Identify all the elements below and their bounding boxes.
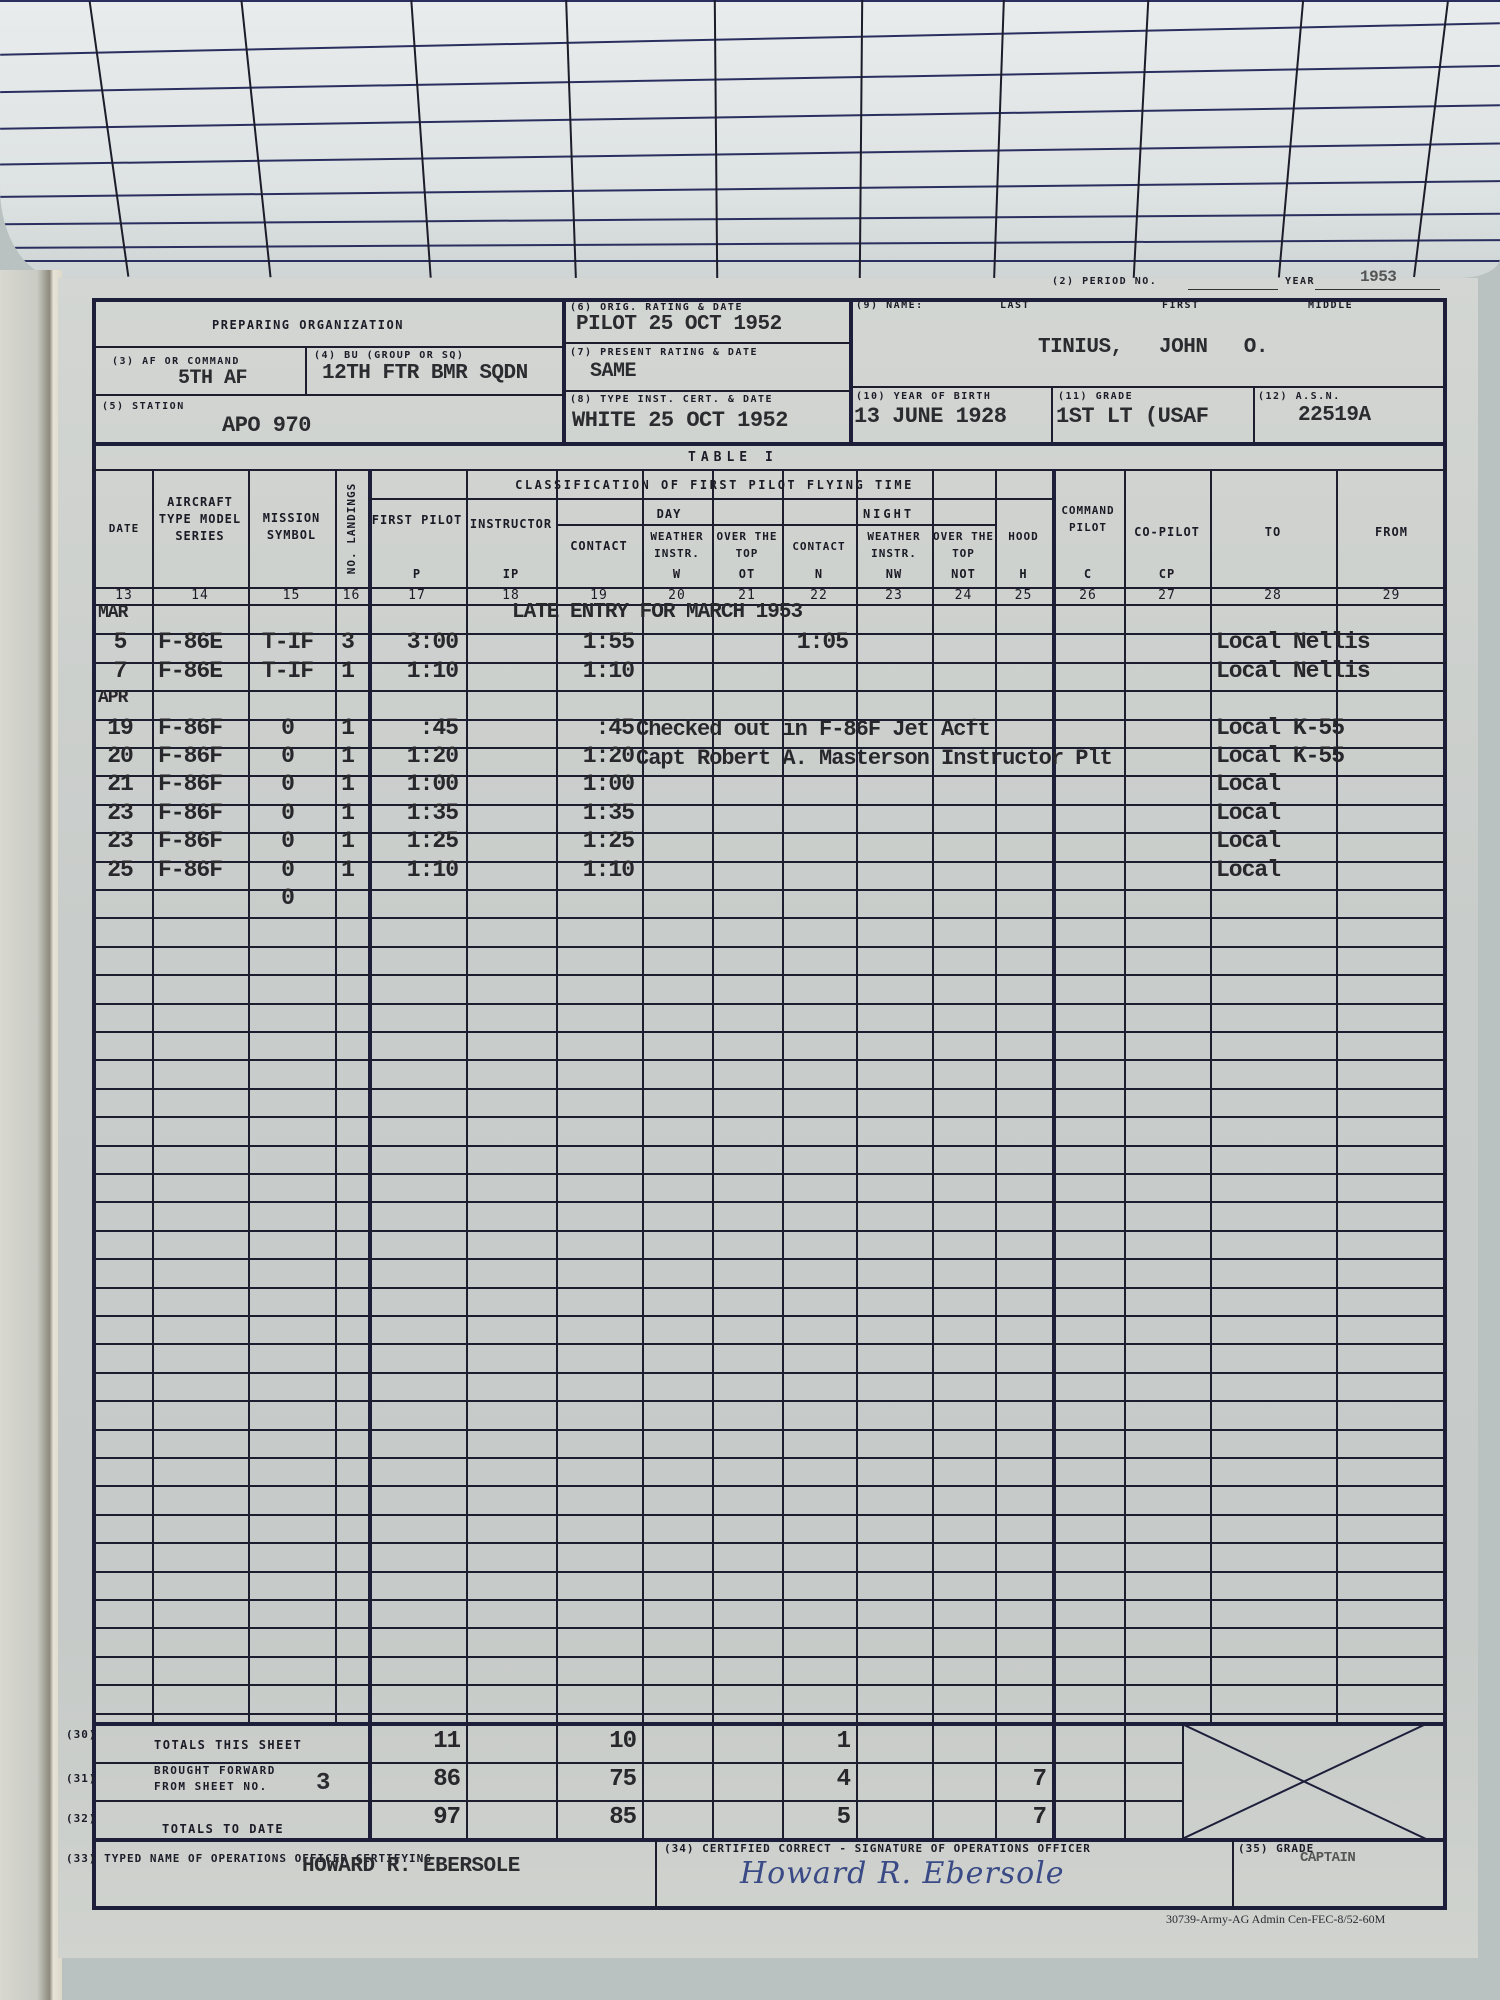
row-divider	[96, 1088, 1447, 1090]
cell-aircraft[interactable]: F-86E	[158, 629, 246, 655]
column-number: 14	[152, 588, 248, 603]
cell-first-pilot[interactable]: 1:00	[368, 771, 458, 797]
cell-mission[interactable]: 0	[248, 857, 327, 883]
cell-day-contact[interactable]: 1:00	[556, 771, 634, 797]
column-header: CO-PILOT	[1124, 524, 1210, 541]
column-number: 25	[995, 588, 1052, 603]
orig-rating-label: (6) ORIG. RATING & DATE	[570, 302, 743, 313]
column-header: COMMAND PILOT	[1052, 502, 1124, 536]
brought-forward-label: BROUGHT FORWARD	[154, 1764, 276, 1777]
cell-to[interactable]: Local	[1216, 857, 1468, 883]
column-header: WEATHER INSTR.	[642, 528, 712, 562]
column-header: CONTACT	[556, 538, 642, 555]
birth-label: (10) YEAR OF BIRTH	[856, 391, 991, 402]
column-header: DATE	[96, 520, 152, 537]
cell-mission[interactable]: 0	[248, 800, 327, 826]
column-header: HOOD	[995, 528, 1052, 545]
column-header-landings: NO. LANDINGS	[343, 472, 360, 585]
column-header: WEATHER INSTR.	[856, 528, 932, 562]
cell-landings[interactable]: 1	[335, 658, 360, 684]
cell-landings[interactable]: 1	[335, 857, 360, 883]
cell-first-pilot[interactable]: 3:00	[368, 629, 458, 655]
present-rating-value[interactable]: SAME	[590, 360, 636, 383]
column-header: FROM	[1336, 524, 1447, 541]
cell-landings[interactable]: 1	[335, 800, 360, 826]
inst-cert-value[interactable]: WHITE 25 OCT 1952	[572, 408, 788, 433]
cell-day-contact[interactable]: :45	[556, 715, 634, 741]
cell-mission[interactable]: 0	[248, 771, 327, 797]
row-divider	[96, 1003, 1447, 1005]
column-number: 15	[248, 588, 335, 603]
officer-signature[interactable]: Howard R. Ebersole	[740, 1856, 1065, 1891]
day-header: DAY	[556, 506, 782, 523]
column-divider	[995, 469, 997, 1722]
cell-first-pilot[interactable]: 1:20	[368, 743, 458, 769]
column-header: AIRCRAFT TYPE MODEL SERIES	[152, 494, 248, 545]
cell-date[interactable]: 7	[96, 658, 144, 684]
previous-page-curl	[0, 0, 1500, 278]
column-number: 16	[335, 588, 368, 603]
night-divider	[782, 524, 995, 526]
totals-divider	[1052, 1724, 1056, 1838]
row-divider	[96, 917, 1447, 919]
birth-value[interactable]: 13 JUNE 1928	[854, 404, 1006, 429]
column-number: 13	[96, 588, 152, 603]
station-value[interactable]: APO 970	[222, 413, 311, 438]
row-divider	[96, 1343, 1447, 1345]
cell-aircraft[interactable]: F-86F	[158, 828, 246, 854]
cell-first-pilot[interactable]: 1:25	[368, 828, 458, 854]
cell-landings[interactable]: 1	[335, 715, 360, 741]
cell-landings[interactable]: 1	[335, 828, 360, 854]
cell-night-contact[interactable]: 1:05	[782, 629, 848, 655]
total-to-date-day-contact[interactable]: 85	[556, 1804, 636, 1831]
grade-label: (11) GRADE	[1058, 391, 1133, 402]
column-code: P	[368, 566, 466, 583]
column-divider	[1210, 469, 1212, 1722]
cell-to[interactable]: Local	[1216, 771, 1468, 797]
row-divider	[96, 1713, 1447, 1715]
cell-to[interactable]: Local Nellis	[1216, 658, 1468, 684]
row-divider	[96, 946, 1447, 948]
row-divider	[96, 1656, 1447, 1658]
day-divider	[556, 524, 782, 526]
column-code: W	[642, 566, 712, 583]
printer-note: 30739-Army-AG Admin Cen-FEC-8/52-60M	[1166, 1912, 1385, 1927]
column-divider	[642, 469, 644, 1722]
cell-mission[interactable]: 0	[248, 828, 327, 854]
row-divider	[96, 1173, 1447, 1175]
row-divider	[96, 1258, 1447, 1260]
row-divider	[96, 1372, 1447, 1374]
cell-mission[interactable]: T-IF	[248, 658, 327, 684]
row-divider	[96, 1542, 1447, 1544]
cell-day-contact[interactable]: 1:35	[556, 800, 634, 826]
row-divider	[96, 1627, 1447, 1629]
total-brought-forward-day-contact[interactable]: 75	[556, 1766, 636, 1793]
column-divider	[152, 469, 154, 1722]
column-code: NW	[856, 566, 932, 583]
column-divider	[368, 469, 372, 1722]
period-field	[1188, 289, 1278, 290]
cell-to[interactable]: Local	[1216, 800, 1468, 826]
row-divider	[96, 974, 1447, 976]
row-divider	[96, 1031, 1447, 1033]
orig-rating-value[interactable]: PILOT 25 OCT 1952	[576, 313, 782, 336]
column-header: CONTACT	[782, 538, 856, 555]
cell-mission[interactable]: 0	[248, 715, 327, 741]
row-divider	[96, 1145, 1447, 1147]
late-entry-remark[interactable]: LATE ENTRY FOR MARCH 1953	[512, 601, 802, 624]
cell-date[interactable]: 19	[96, 715, 144, 741]
column-code: NOT	[932, 566, 995, 583]
row-divider	[96, 1457, 1447, 1459]
total-to-date-first-pilot[interactable]: 97	[368, 1804, 460, 1831]
from-sheet-number[interactable]: 3	[316, 1770, 330, 1797]
column-header: MISSION SYMBOL	[248, 510, 335, 544]
af-command-value[interactable]: 5TH AF	[178, 367, 247, 390]
totals-col-divider	[856, 1724, 858, 1838]
row-divider	[96, 1400, 1447, 1402]
typed-name-value[interactable]: HOWARD R. EBERSOLE	[302, 1855, 520, 1878]
row-divider	[96, 690, 1447, 692]
cell-date[interactable]: 23	[96, 800, 144, 826]
row-divider	[96, 1059, 1447, 1061]
cell-landings[interactable]: 3	[335, 629, 360, 655]
period-label: (2) PERIOD NO.	[1052, 276, 1157, 287]
bu-value[interactable]: 12TH FTR BMR SQDN	[322, 362, 528, 385]
totals-col-divider	[642, 1724, 644, 1838]
row-divider	[96, 1230, 1447, 1232]
cell-day-contact[interactable]: 1:10	[556, 658, 634, 684]
column-header: INSTRUCTOR	[466, 516, 556, 533]
af-command-label: (3) AF OR COMMAND	[112, 356, 240, 367]
station-label: (5) STATION	[102, 401, 185, 412]
row-divider	[96, 1201, 1447, 1203]
column-number: 29	[1336, 588, 1447, 603]
column-code: OT	[712, 566, 782, 583]
name-middle-label: MIDDLE	[1308, 300, 1353, 311]
column-header: OVER THE TOP	[932, 528, 995, 562]
cell-first-pilot[interactable]: 1:10	[368, 857, 458, 883]
cell-date[interactable]: APR	[98, 688, 127, 708]
totals-to-date-label: TOTALS TO DATE	[162, 1822, 284, 1836]
column-number: 24	[932, 588, 995, 603]
total-this-sheet-first-pilot[interactable]: 11	[368, 1728, 460, 1755]
cell-day-contact[interactable]: 1:20	[556, 743, 634, 769]
column-divider	[556, 469, 558, 1722]
column-divider	[1052, 469, 1056, 1722]
column-code: C	[1052, 566, 1124, 583]
totals-col-divider	[1124, 1724, 1126, 1838]
name-first-label: FIRST	[1162, 300, 1200, 311]
total-brought-forward-night-contact[interactable]: 4	[782, 1766, 850, 1793]
column-divider	[335, 469, 337, 1722]
cell-date[interactable]: 23	[96, 828, 144, 854]
checkout-remark[interactable]: Checked out in F-86F Jet Acft	[636, 717, 990, 742]
cell-date[interactable]: MAR	[98, 603, 127, 623]
column-number: 28	[1210, 588, 1336, 603]
cell-day-contact[interactable]: 1:55	[556, 629, 634, 655]
cell-aircraft[interactable]: F-86F	[158, 800, 246, 826]
totals-row-divider	[96, 1762, 1182, 1764]
column-divider	[1124, 469, 1126, 1722]
cell-day-contact[interactable]: 1:10	[556, 857, 634, 883]
classification-header: CLASSIFICATION OF FIRST PILOT FLYING TIM…	[378, 477, 1051, 494]
cell-date[interactable]: 21	[96, 771, 144, 797]
column-divider	[712, 469, 714, 1722]
cell-mission[interactable]: T-IF	[248, 629, 327, 655]
cell-aircraft[interactable]: F-86E	[158, 658, 246, 684]
from-sheet-label: FROM SHEET NO.	[154, 1780, 268, 1793]
cell-to[interactable]: Local K-55	[1216, 743, 1468, 769]
cell-landings[interactable]: 1	[335, 771, 360, 797]
name-last-label: LAST	[1000, 300, 1030, 311]
inst-cert-label: (8) TYPE INST. CERT. & DATE	[570, 394, 773, 405]
column-divider	[782, 469, 784, 1722]
cell-date[interactable]: 5	[96, 629, 144, 655]
column-header: OVER THE TOP	[712, 528, 782, 562]
row-divider	[96, 1599, 1447, 1601]
column-code: IP	[466, 566, 556, 583]
book-binding	[0, 270, 62, 2000]
column-header: TO	[1210, 524, 1336, 541]
cell-landings[interactable]: 1	[335, 743, 360, 769]
cell-to[interactable]: Local K-55	[1216, 715, 1468, 741]
pilot-name-value[interactable]: TINIUS, JOHN O.	[1038, 336, 1268, 359]
row-divider	[96, 1287, 1447, 1289]
column-code: H	[995, 566, 1052, 583]
column-divider	[932, 469, 934, 1722]
column-code: CP	[1124, 566, 1210, 583]
cell-first-pilot[interactable]: :45	[368, 715, 458, 741]
total-brought-forward-hood[interactable]: 7	[995, 1766, 1046, 1793]
name-label: (9) NAME:	[856, 300, 924, 311]
totals-row-divider	[96, 1800, 1182, 1802]
grade-value[interactable]: 1ST LT (USAF	[1056, 404, 1208, 429]
cell-aircraft[interactable]: F-86F	[158, 715, 246, 741]
column-divider	[1336, 469, 1338, 1722]
row-divider	[96, 1429, 1447, 1431]
total-this-sheet-day-contact[interactable]: 10	[556, 1728, 636, 1755]
cell-date[interactable]: 20	[96, 743, 144, 769]
totals-this-sheet-label: TOTALS THIS SHEET	[154, 1738, 302, 1752]
brought-forward-num: (31)	[66, 1772, 97, 1785]
year-value: 1953	[1360, 268, 1396, 286]
cell-to[interactable]: Local	[1216, 828, 1468, 854]
table-title: TABLE I	[688, 450, 778, 465]
row-divider	[96, 1315, 1447, 1317]
column-number: 17	[368, 588, 466, 603]
year-label: YEAR	[1285, 276, 1315, 287]
row-divider	[96, 1684, 1447, 1686]
cell-aircraft[interactable]: F-86F	[158, 857, 246, 883]
bu-label: (4) BU (GROUP OR SQ)	[314, 350, 464, 361]
total-brought-forward-first-pilot[interactable]: 86	[368, 1766, 460, 1793]
column-number: 27	[1124, 588, 1210, 603]
cell-mission[interactable]: 0	[248, 885, 327, 911]
instructor-remark[interactable]: Capt Robert A. Masterson Instructor Plt	[636, 746, 1112, 771]
cell-mission[interactable]: 0	[248, 743, 327, 769]
total-to-date-night-contact[interactable]: 5	[782, 1804, 850, 1831]
total-this-sheet-night-contact[interactable]: 1	[782, 1728, 850, 1755]
column-header: FIRST PILOT	[368, 512, 466, 529]
totals-col-divider	[466, 1724, 468, 1838]
column-divider	[248, 469, 250, 1722]
row-divider	[96, 1571, 1447, 1573]
row-divider	[96, 1514, 1447, 1516]
signature-label: (34) CERTIFIED CORRECT - SIGNATURE OF OP…	[664, 1842, 1091, 1855]
cell-day-contact[interactable]: 1:25	[556, 828, 634, 854]
classification-divider	[368, 498, 1052, 500]
column-number: 26	[1052, 588, 1124, 603]
night-header: NIGHT	[782, 506, 995, 523]
row-divider	[96, 1485, 1447, 1487]
column-divider	[466, 469, 468, 1722]
cell-first-pilot[interactable]: 1:10	[368, 658, 458, 684]
cell-aircraft[interactable]: F-86F	[158, 771, 246, 797]
cell-first-pilot[interactable]: 1:35	[368, 800, 458, 826]
totals-this-sheet-num: (30)	[66, 1728, 97, 1741]
year-field-line	[1315, 289, 1440, 290]
cell-to[interactable]: Local Nellis	[1216, 629, 1468, 655]
cell-date[interactable]: 25	[96, 857, 144, 883]
column-code: N	[782, 566, 856, 583]
row-divider	[96, 1116, 1447, 1118]
totals-col-divider	[932, 1724, 934, 1838]
present-rating-label: (7) PRESENT RATING & DATE	[570, 347, 758, 358]
column-number: 23	[856, 588, 932, 603]
asn-value[interactable]: 22519A	[1298, 404, 1371, 427]
totals-to-date-num: (32)	[66, 1812, 97, 1825]
total-to-date-hood[interactable]: 7	[995, 1804, 1046, 1831]
preparing-org-label: PREPARING ORGANIZATION	[212, 318, 404, 332]
footer-grade-value[interactable]: CAPTAIN	[1300, 1850, 1355, 1866]
crossed-out-box	[1182, 1724, 1426, 1839]
cell-aircraft[interactable]: F-86F	[158, 743, 246, 769]
column-divider	[856, 469, 858, 1722]
asn-label: (12) A.S.N.	[1258, 391, 1341, 402]
totals-col-divider	[712, 1724, 714, 1838]
